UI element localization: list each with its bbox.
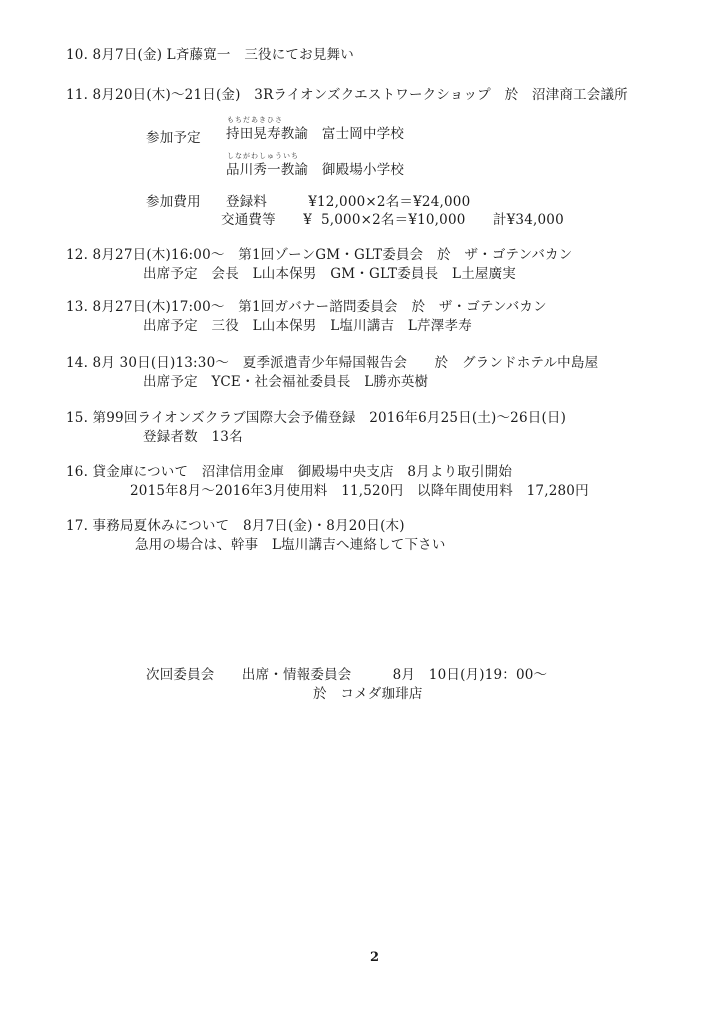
item-12: 12. 8月27日(木)16:00～ 第1回ゾーンGM・GLT委員会 於 ザ・ゴ… [66,247,572,263]
item-17-contact: 急用の場合は、幹事 L塩川講吉へ連絡して下さい [135,537,446,553]
item-13-attendance: 出席予定 三役 L山本保男 L塩川講吉 L芹澤孝寿 [143,318,472,334]
item-13: 13. 8月27日(木)17:00～ 第1回ガバナー諮問委員会 於 ザ・ゴテンバ… [66,299,547,315]
item-11-cost-label: 参加費用 [146,194,201,210]
item-11-cost-registration: 登録料 ¥12,000×2名＝¥24,000 [226,194,470,210]
item-11-attendees-label: 参加予定 [146,130,201,146]
item-11-attendee1: 持田晃寿教諭 富士岡中学校 [226,126,404,142]
item-10: 10. 8月7日(金) L斉藤寛一 三役にてお見舞い [66,47,354,63]
next-meeting-venue: 於 コメダ珈琲店 [313,686,423,702]
next-meeting: 次回委員会 出席・情報委員会 8月 10日(月)19：00～ [146,667,547,683]
page-number: 2 [370,950,379,965]
item-15-registrants: 登録者数 13名 [143,429,243,445]
item-14-attendance: 出席予定 YCE・社会福祉委員長 L勝亦英樹 [143,374,428,390]
item-16: 16. 貸金庫について 沼津信用金庫 御殿場中央支店 8月より取引開始 [66,464,512,480]
item-11-attendee2: 品川秀一教諭 御殿場小学校 [226,162,404,178]
item-11: 11. 8月20日(木)～21日(金) 3Rライオンズクエストワークショップ 於… [66,87,628,103]
item-14: 14. 8月 30日(日)13:30～ 夏季派遣青少年帰国報告会 於 グランドホ… [66,355,598,371]
item-12-attendance: 出席予定 会長 L山本保男 GM・GLT委員長 L土屋廣実 [143,266,516,282]
item-11-attendee1-ruby: もちだあきひさ [227,116,283,124]
item-17: 17. 事務局夏休みについて 8月7日(金)・8月20日(木) [66,518,405,534]
item-11-attendee2-ruby: しながわしゅういち [227,152,299,160]
item-11-cost-transport: 交通費等 ¥ 5,000×2名＝¥10,000 計¥34,000 [221,212,564,228]
item-16-fees: 2015年8月～2016年3月使用料 11,520円 以降年間使用料 17,28… [130,483,589,499]
item-15: 15. 第99回ライオンズクラブ国際大会予備登録 2016年6月25日(土)～2… [66,410,566,426]
